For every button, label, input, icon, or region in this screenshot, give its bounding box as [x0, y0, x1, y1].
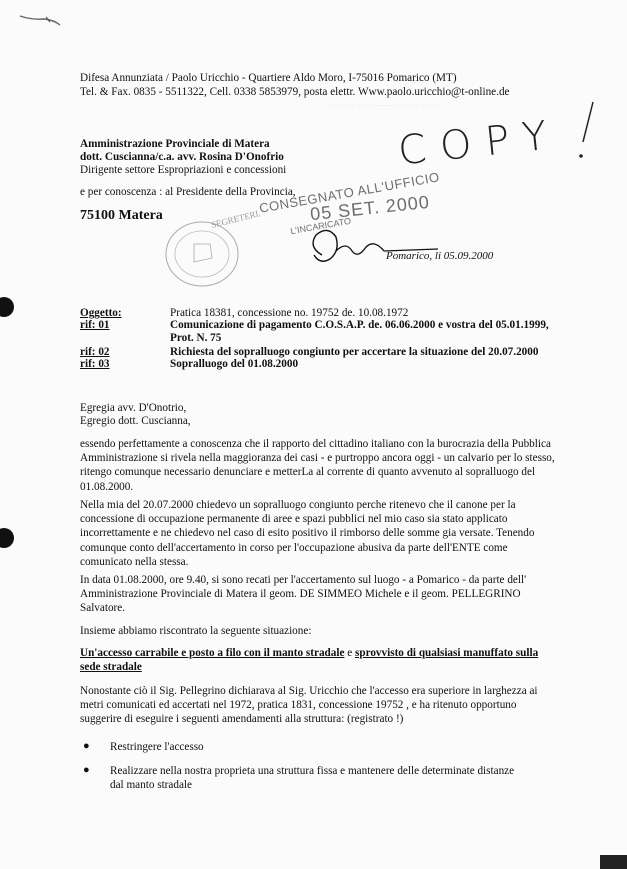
- body-paragraph-1: essendo perfettamente a conoscenza che i…: [80, 437, 555, 494]
- body-paragraph-5: Nonostante ciò il Sig. Pellegrino dichia…: [80, 684, 555, 727]
- body-paragraph-3: In data 01.08.2000, ore 9.40, si sono re…: [80, 573, 555, 616]
- reference-01-text: Comunicazione di pagamento C.O.S.A.P. de…: [170, 318, 549, 332]
- scan-edge-mark: [600, 855, 627, 869]
- recipient-name: dott. Cuscianna/c.a. avv. Rosina D'Onofr…: [80, 150, 284, 164]
- finding-conjunction: e: [344, 647, 355, 659]
- body-paragraph-2: Nella mia del 20.07.2000 chiedevo un sop…: [80, 498, 555, 569]
- greeting-line1: Egregia avv. D'Onotrio,: [80, 401, 186, 415]
- punch-hole-bottom: [0, 528, 14, 548]
- official-seal-stamp: SEGRETERIA: [150, 210, 260, 298]
- handwritten-copy-annotation: COPY: [396, 112, 563, 175]
- sender-address: Difesa Annunziata / Paolo Uricchio - Qua…: [80, 71, 457, 85]
- cc-line: e per conoscenza : al Presidente della P…: [80, 185, 296, 199]
- body-paragraph-4: Insieme abbiamo riscontrato la seguente …: [80, 624, 555, 638]
- bleed-through-text: -- -- -- -- -- -- -- -- -- -- -- --: [330, 100, 437, 111]
- bullet-dot-icon: ●: [83, 740, 90, 752]
- scanned-letter-page: Difesa Annunziata / Paolo Uricchio - Qua…: [0, 0, 627, 869]
- finding-access-text: Un'accesso carrabile e posto a filo con …: [80, 647, 344, 659]
- reference-03-text: Sopralluogo del 01.08.2000: [170, 357, 298, 371]
- reference-label-03: rif: 03: [80, 357, 110, 371]
- recipient-organization: Amministrazione Provinciale di Matera: [80, 137, 270, 151]
- list-item-fixed-structure: Realizzare nella nostra proprieta una st…: [110, 764, 530, 792]
- handwritten-exclamation-mark: [575, 98, 605, 163]
- reference-01-protocol: Prot. N. 75: [170, 331, 221, 345]
- bullet-dot-icon: ●: [83, 764, 90, 776]
- handwritten-signature: [300, 225, 440, 270]
- pen-scribble-mark: [18, 8, 63, 30]
- greeting-line2: Egregio dott. Cuscianna,: [80, 414, 191, 428]
- recipient-department: Dirigente settore Espropriazioni e conce…: [80, 163, 286, 177]
- sender-contact: Tel. & Fax. 0835 - 5511322, Cell. 0338 5…: [80, 85, 510, 99]
- reference-label-01: rif: 01: [80, 318, 110, 332]
- svg-text:SEGRETERIA: SEGRETERIA: [210, 210, 260, 230]
- finding-statement: Un'accesso carrabile e posto a filo con …: [80, 646, 555, 674]
- list-item-restrict-access: Restringere l'accesso: [110, 740, 204, 754]
- place-and-date: Pomarico, li 05.09.2000: [386, 250, 493, 262]
- punch-hole-top: [0, 297, 14, 317]
